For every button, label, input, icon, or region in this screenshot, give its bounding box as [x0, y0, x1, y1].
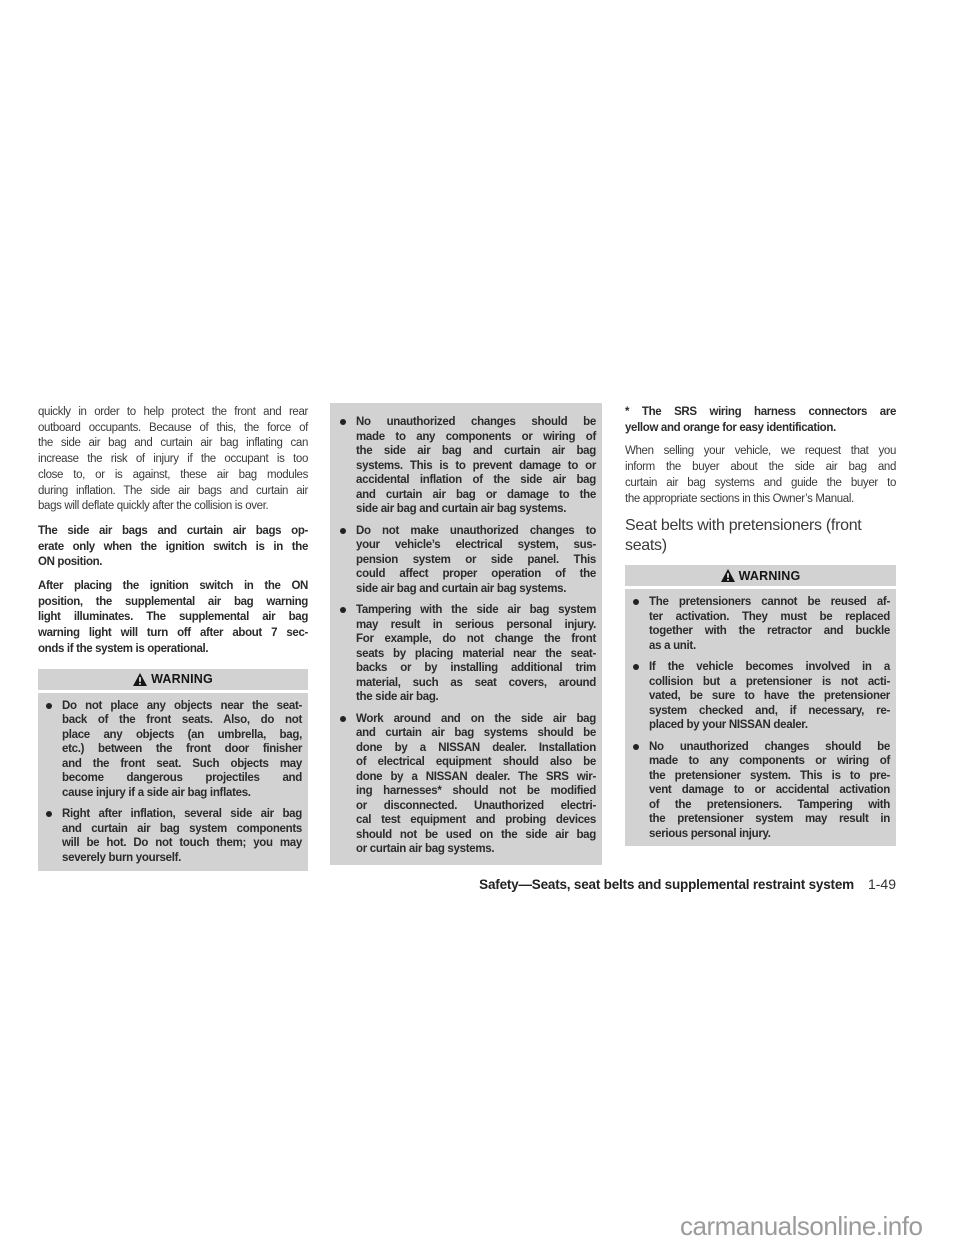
warning-bullet: Do not place any objects near the seat-b…: [46, 699, 302, 801]
bullet-icon: [340, 603, 356, 705]
footer-section-title: Safety—Seats, seat belts and supplementa…: [479, 877, 854, 892]
warning-bullet: Do not make unauthorized changes toyour …: [340, 524, 596, 597]
bullet-icon: [46, 699, 62, 801]
airbag-operate-paragraph: The side air bags and curtain air bags o…: [38, 524, 308, 571]
page-footer: Safety—Seats, seat belts and supplementa…: [479, 876, 896, 892]
warning-header: WARNING: [38, 669, 308, 690]
bullet-text: Do not make unauthorized changes toyour …: [356, 524, 596, 597]
bullet-text: Right after inflation, several side air …: [62, 807, 302, 865]
selling-vehicle-paragraph: When selling your vehicle, we request th…: [625, 444, 896, 507]
section-heading-pretensioners: Seat belts with pretensioners (frontseat…: [625, 516, 896, 556]
warning-label: WARNING: [151, 672, 213, 686]
warning-bullet: Tampering with the side air bag systemma…: [340, 603, 596, 705]
manual-page: quickly in order to help protect the fro…: [0, 0, 960, 1242]
bullet-icon: [633, 740, 649, 842]
warning-bullet: No unauthorized changes should bemade to…: [340, 415, 596, 517]
middle-column: No unauthorized changes should bemade to…: [330, 403, 602, 865]
bullet-icon: [340, 524, 356, 597]
page-number: 1-49: [868, 876, 896, 892]
warning-header: WARNING: [625, 565, 896, 586]
bullet-text: Do not place any objects near the seat-b…: [62, 699, 302, 801]
warning-triangle-icon: [133, 673, 147, 686]
ignition-light-paragraph: After placing the ignition switch in the…: [38, 579, 308, 658]
warning-bullet: If the vehicle becomes involved in acoll…: [633, 660, 890, 733]
bullet-text: No unauthorized changes should bemade to…: [356, 415, 596, 517]
bullet-icon: [340, 415, 356, 517]
warning-bullet: The pretensioners cannot be reused af-te…: [633, 595, 890, 653]
bullet-text: Work around and on the side air bagand c…: [356, 712, 596, 857]
bullet-text: Tampering with the side air bag systemma…: [356, 603, 596, 705]
warning-bullet: No unauthorized changes should bemade to…: [633, 740, 890, 842]
warning-bullet: Right after inflation, several side air …: [46, 807, 302, 865]
bullet-icon: [340, 712, 356, 857]
warning-bullet: Work around and on the side air bagand c…: [340, 712, 596, 857]
srs-connectors-note: * The SRS wiring harness connectors arey…: [625, 405, 896, 436]
warning-triangle-icon: [721, 569, 735, 582]
bullet-icon: [633, 660, 649, 733]
warning-box-body: Do not place any objects near the seat-b…: [38, 693, 308, 872]
bullet-text: The pretensioners cannot be reused af-te…: [649, 595, 890, 653]
watermark-text: carmanualsonline.info: [680, 1211, 922, 1242]
bullet-text: If the vehicle becomes involved in acoll…: [649, 660, 890, 733]
bullet-text: No unauthorized changes should bemade to…: [649, 740, 890, 842]
right-column: * The SRS wiring harness connectors arey…: [625, 405, 896, 846]
bullet-icon: [46, 807, 62, 865]
warning-continuation-box: No unauthorized changes should bemade to…: [330, 403, 602, 865]
warning-label: WARNING: [739, 569, 801, 583]
bullet-icon: [633, 595, 649, 653]
intro-paragraph: quickly in order to help protect the fro…: [38, 405, 308, 515]
left-column: quickly in order to help protect the fro…: [38, 405, 308, 871]
warning-box-body: The pretensioners cannot be reused af-te…: [625, 589, 896, 846]
